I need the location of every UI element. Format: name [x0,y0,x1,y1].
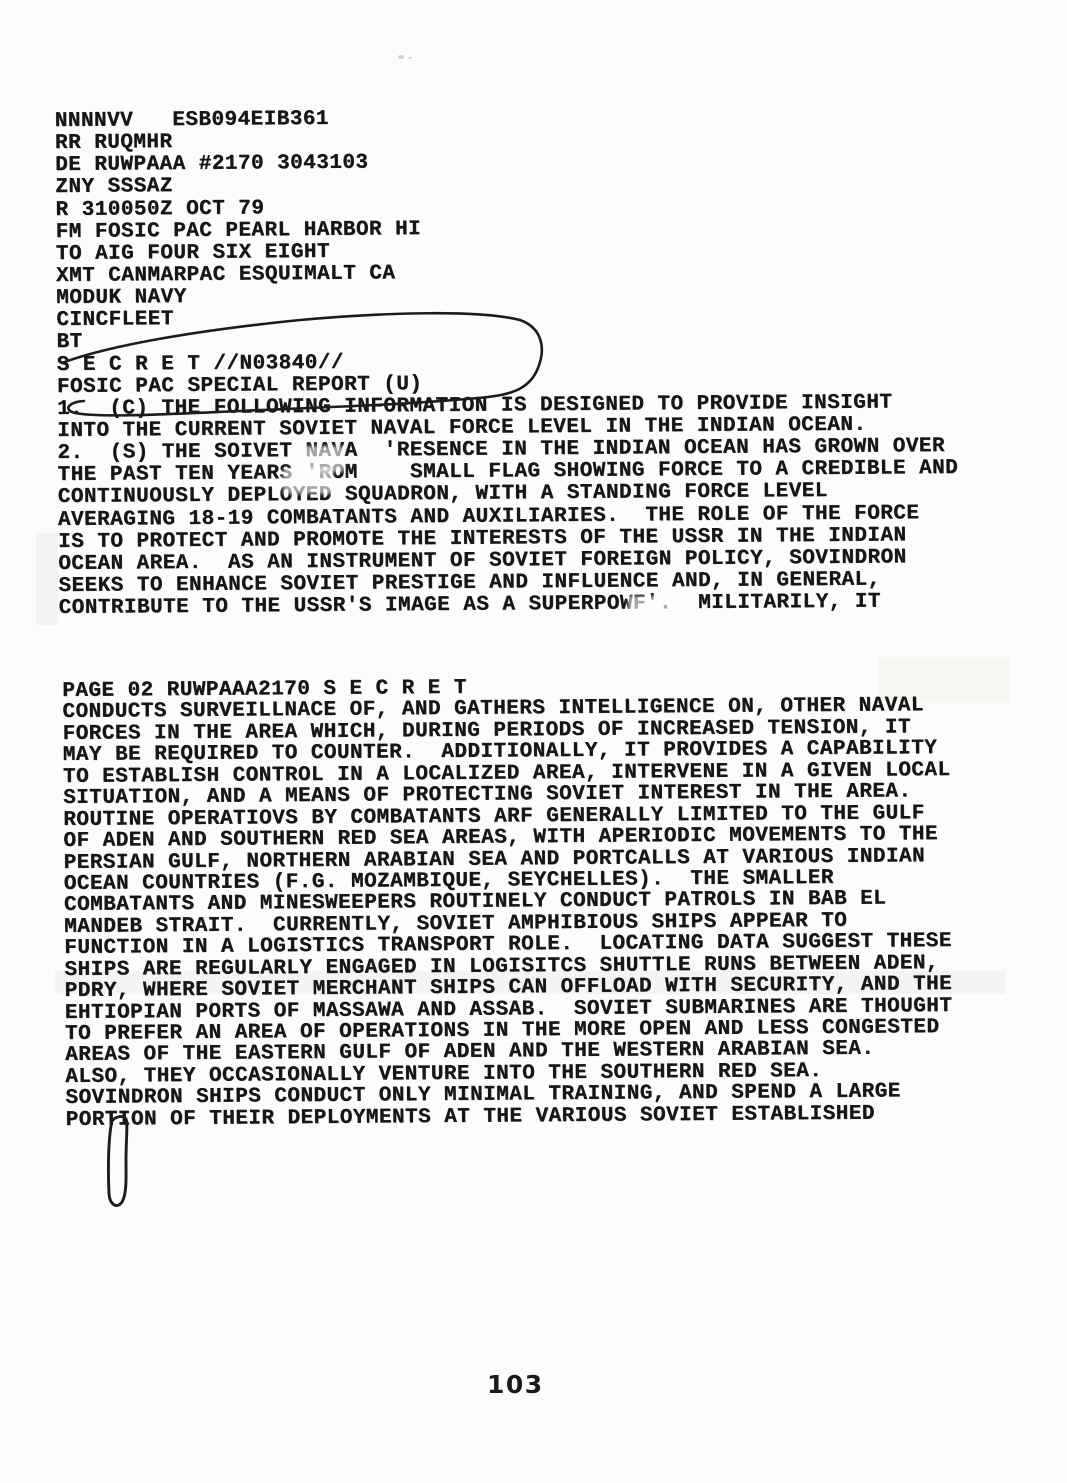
ink-fade-artifact [628,596,676,621]
message-header-and-paragraphs: NNNNVV ESB094EIB361RR RUQMHRDE RUWPAAA #… [55,104,960,620]
text-line: PORTION OF THEIR DEPLOYMENTS AT THE VARI… [66,1103,954,1131]
text-line: CONTRIBUTE TO THE USSR'S IMAGE AS A SUPE… [59,591,960,620]
page-number: 103 [487,1370,544,1399]
document-content: NNNNVV ESB094EIB361RR RUQMHRDE RUWPAAA #… [0,0,1067,1483]
ink-fade-artifact [283,468,333,494]
scan-speck-artifact [398,55,404,59]
message-page2-paragraphs: PAGE 02 RUWPAAA2170 S E C R E TCONDUCTS … [62,674,953,1131]
scanned-document-page: NNNNVV ESB094EIB361RR RUQMHRDE RUWPAAA #… [0,0,1067,1483]
